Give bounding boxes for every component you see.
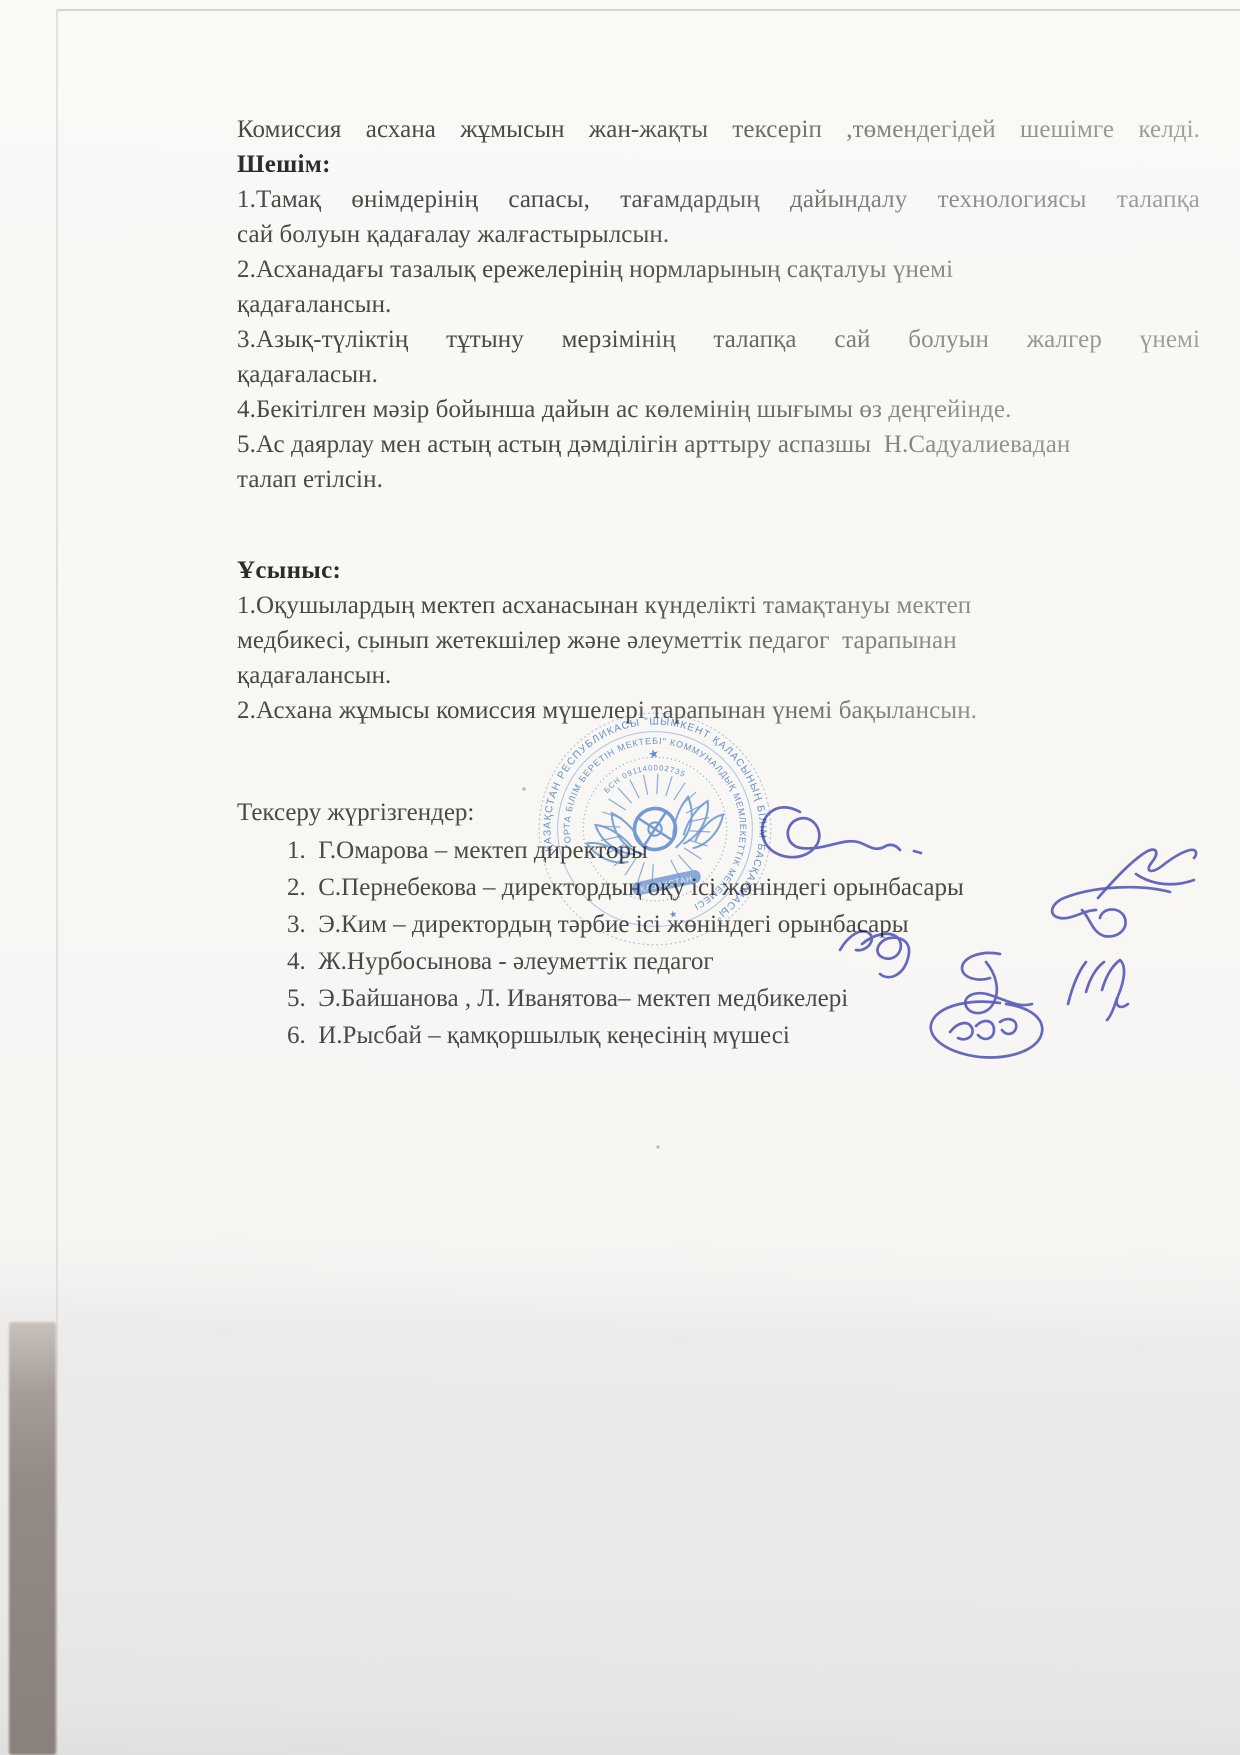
decision-item-5b: талап етілсін.	[237, 462, 1200, 497]
page-left-edge-line	[56, 9, 58, 1755]
inspector-item-rysbai: 6. И.Рысбай – қамқоршылық кеңесінің мүше…	[287, 1017, 1237, 1054]
paragraph-gap	[237, 497, 1200, 553]
inspector-item-baishanova: 5. Э.Байшанова , Л. Иванятова– мектеп ме…	[287, 980, 1237, 1017]
decision-heading: Шешім:	[237, 147, 1200, 182]
proposal-item-1c: қадағалансын.	[237, 658, 1200, 693]
seal-shanyrak	[631, 805, 680, 854]
scan-page: Комиссия асхана жұмысын жан-жақты тексер…	[0, 0, 1240, 1755]
page-top-edge-line	[58, 9, 1240, 11]
bottom-left-scanner-shadow	[9, 1322, 56, 1755]
seal-star-top-icon: ★	[647, 746, 661, 762]
school-round-seal: ҚАЗАҚСТАН РЕСПУБЛИКАСЫ "ШЫМКЕНТ ҚАЛАСЫНЫ…	[532, 706, 778, 952]
document-body-text: Комиссия асхана жұмысын жан-жақты тексер…	[237, 112, 1200, 728]
decision-item-1b: сай болуын қадағалау жалғастырылсын.	[237, 217, 1200, 252]
proposal-item-1b: медбикесі, сынып жетекшілер және әлеумет…	[237, 623, 1200, 658]
decision-item-4: 4.Бекітілген мәзір бойынша дайын ас көле…	[237, 392, 1200, 427]
decision-item-1a: 1.Тамақ өнімдерінің сапасы, тағамдардың …	[237, 182, 1200, 217]
seal-group: ҚАЗАҚСТАН РЕСПУБЛИКАСЫ "ШЫМКЕНТ ҚАЛАСЫНЫ…	[532, 706, 778, 952]
decision-item-2a: 2.Асханадағы тазалық ережелерінің нормла…	[237, 252, 1200, 287]
seal-star-bottom-icon: ★	[668, 909, 678, 921]
proposal-item-1a: 1.Оқушылардың мектеп асханасынан күнделі…	[237, 588, 1200, 623]
text-line-intro: Комиссия асхана жұмысын жан-жақты тексер…	[237, 112, 1200, 147]
decision-item-3a: 3.Азық-түліктің тұтыну мерзімінің талапқ…	[237, 322, 1200, 357]
decision-item-2b: қадағалансын.	[237, 287, 1200, 322]
proposal-heading: Ұсыныс:	[237, 553, 1200, 588]
decision-item-3b: қадағаласын.	[237, 357, 1200, 392]
decision-item-5a: 5.Ас даярлау мен астың астың дәмділігін …	[237, 427, 1200, 462]
